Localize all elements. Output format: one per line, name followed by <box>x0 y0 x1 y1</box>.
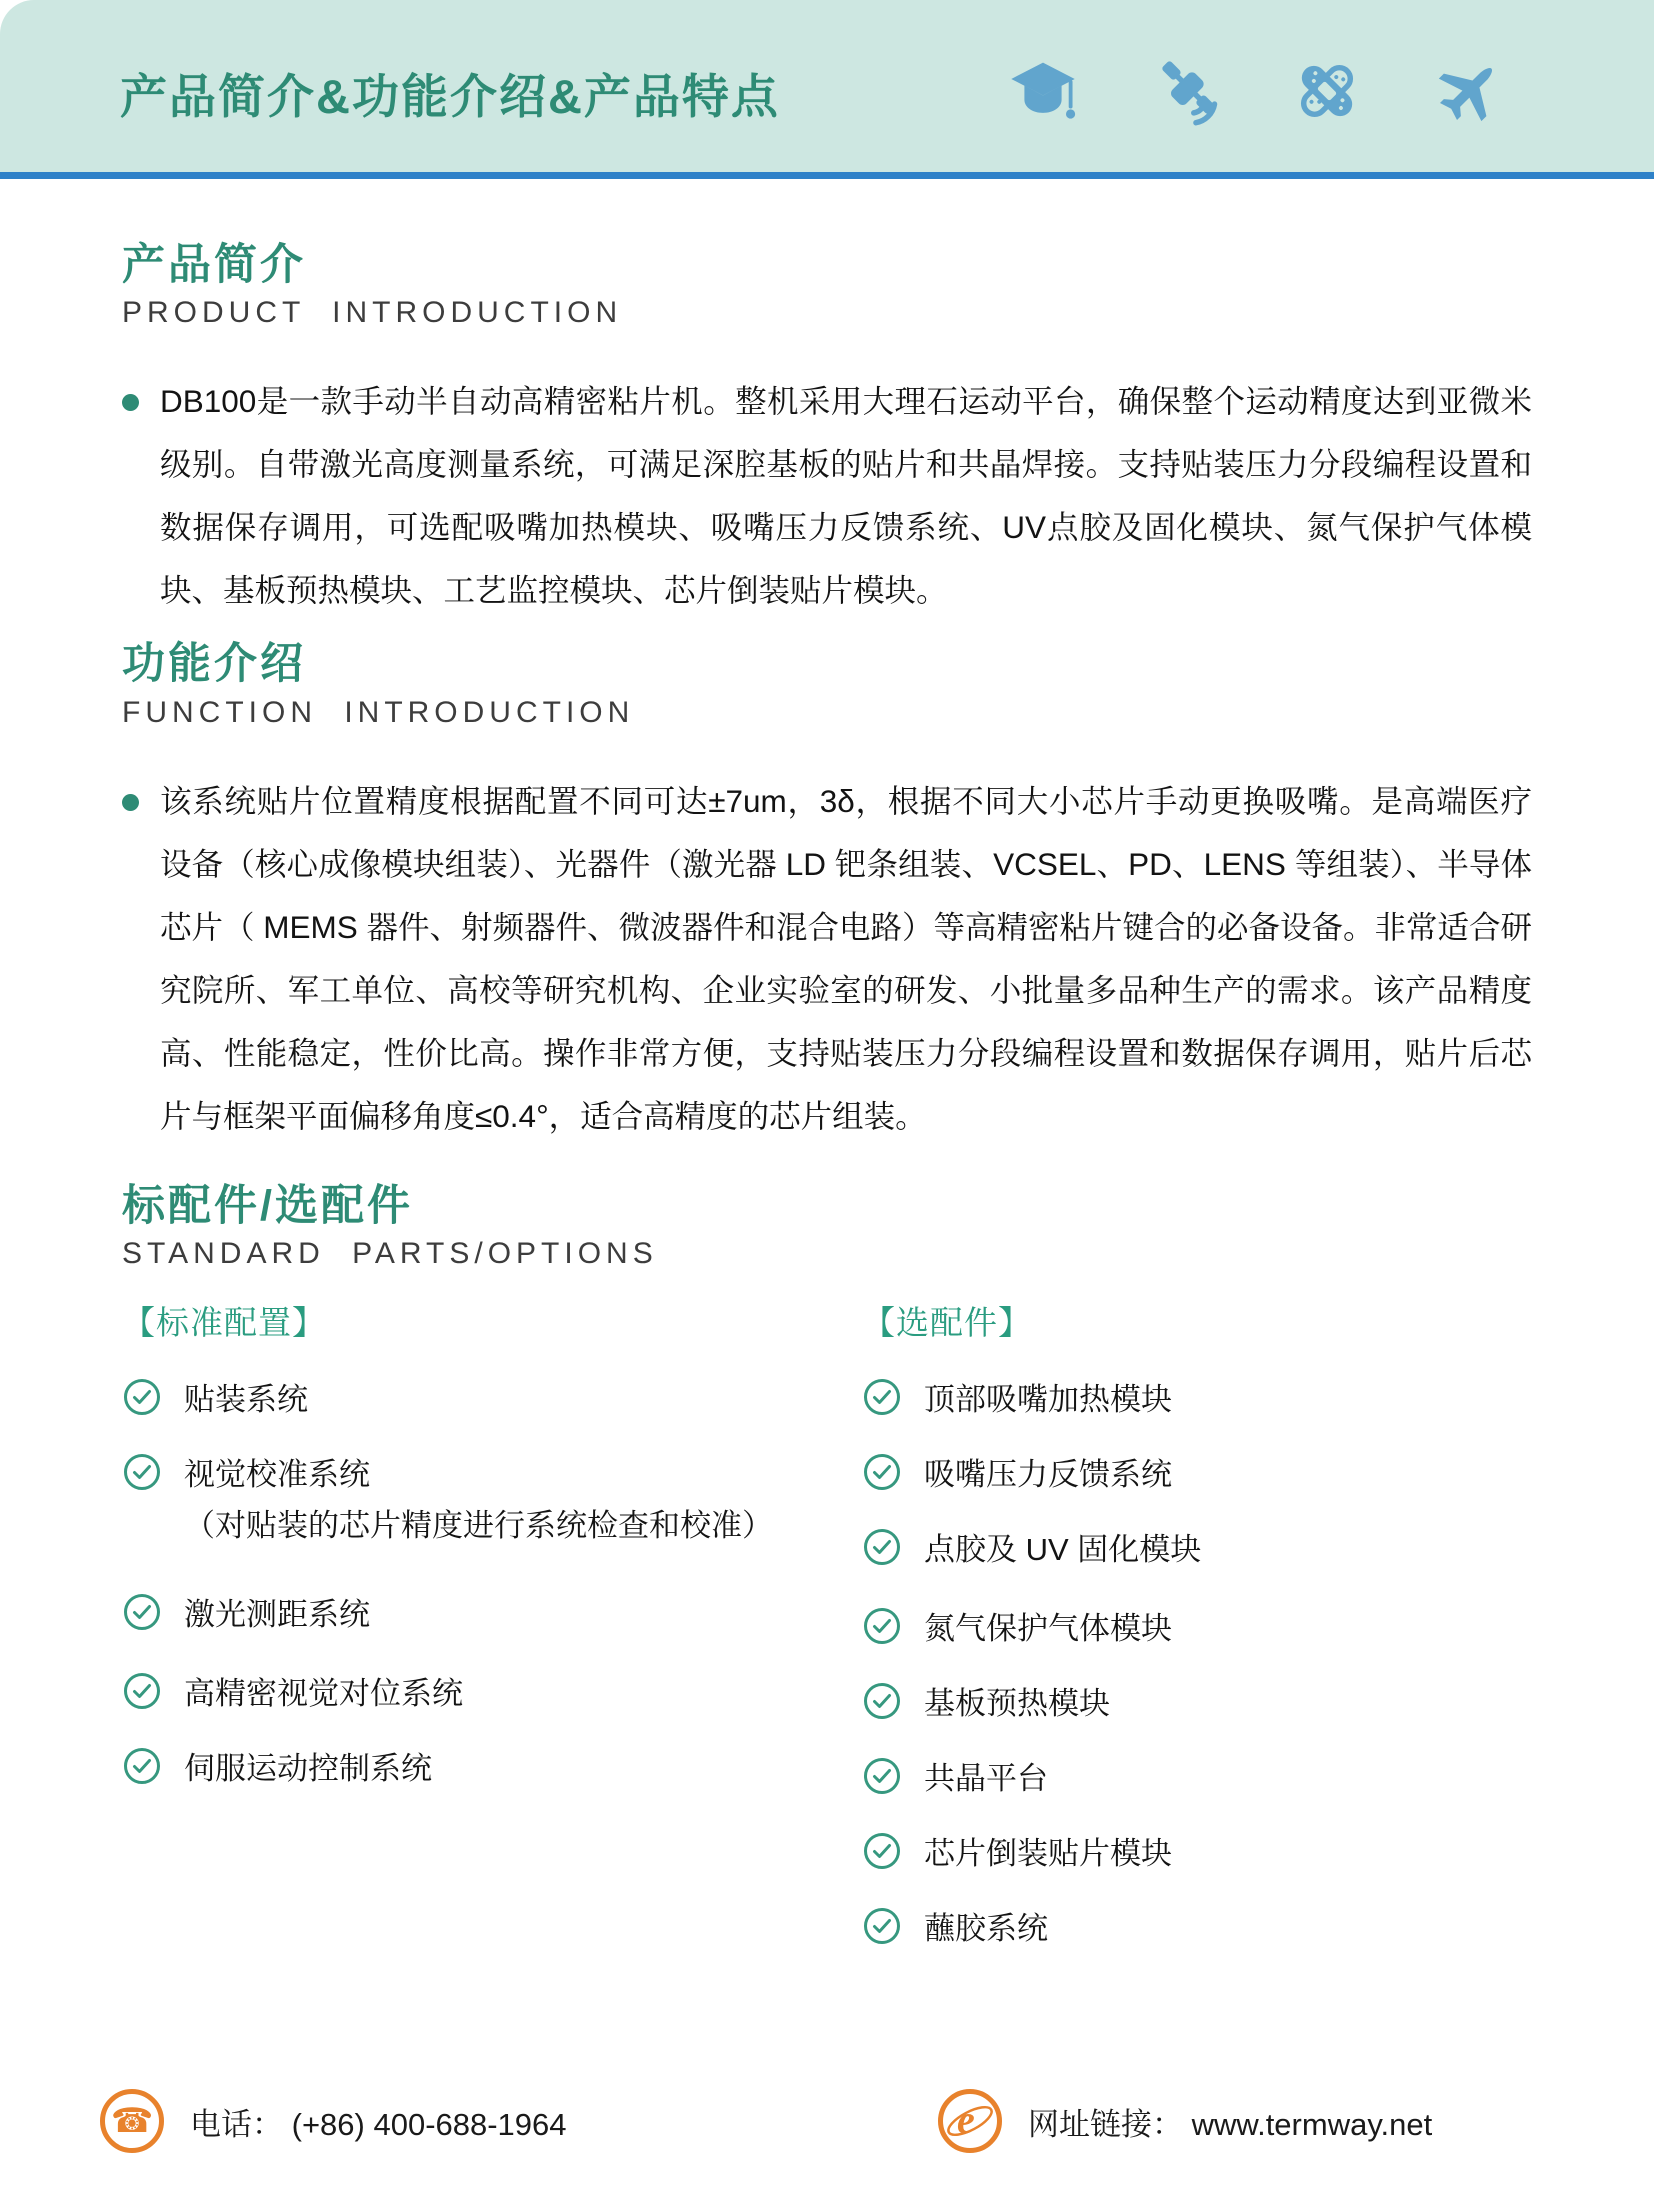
check-circle-icon <box>122 1377 162 1417</box>
list-item-label: 激光测距系统 <box>184 1589 370 1634</box>
header-divider <box>0 172 1654 179</box>
optional-parts-column: 【选配件】 顶部吸嘴加热模块 吸嘴压力反馈系统 <box>862 1297 1532 1948</box>
list-item-label: 点胶及 UV 固化模块 <box>924 1524 1201 1569</box>
page-title: 产品简介&功能介绍&产品特点 <box>120 46 780 127</box>
list-item-label: 芯片倒装贴片模块 <box>924 1828 1172 1873</box>
page-header: 产品简介&功能介绍&产品特点 <box>0 0 1654 172</box>
bandage-icon <box>1292 56 1362 126</box>
bullet-dot <box>122 770 160 1148</box>
page-content: 产品简介 PRODUCT INTRODUCTION DB100是一款手动半自动高… <box>0 241 1654 1948</box>
check-circle-icon <box>862 1831 902 1871</box>
section-title-en: PRODUCT INTRODUCTION <box>122 296 1532 330</box>
list-item: 贴装系统 <box>122 1374 862 1419</box>
website-label: 网址链接： <box>1028 2107 1183 2142</box>
list-item-label: 基板预热模块 <box>924 1678 1110 1723</box>
check-circle-icon <box>122 1671 162 1711</box>
section-title-zh: 标配件/选配件 <box>122 1182 1532 1231</box>
list-item-label: 高精密视觉对位系统 <box>184 1668 463 1713</box>
list-item-label: 共晶平台 <box>924 1753 1048 1798</box>
check-circle-icon <box>122 1746 162 1786</box>
list-item: 顶部吸嘴加热模块 <box>862 1374 1532 1419</box>
header-icon-row <box>1008 46 1504 126</box>
check-circle-icon <box>122 1452 162 1492</box>
footer-website: e 网址链接： www.termway.net <box>938 2089 1432 2153</box>
footer-phone: ☎ 电话： (+86) 400-688-1964 <box>100 2089 567 2153</box>
list-item-label: 氮气保护气体模块 <box>924 1603 1172 1648</box>
list-item-label: 视觉校准系统 <box>184 1449 370 1494</box>
list-item-note: （对贴装的芯片精度进行系统检查和校准） <box>184 1500 862 1545</box>
list-item-label: 吸嘴压力反馈系统 <box>924 1449 1172 1494</box>
list-item: 视觉校准系统 <box>122 1449 862 1494</box>
airplane-icon <box>1434 56 1504 126</box>
optional-parts-label: 【选配件】 <box>862 1297 1532 1344</box>
list-item: 伺服运动控制系统 <box>122 1743 862 1788</box>
check-circle-icon <box>862 1377 902 1417</box>
function-paragraph: 该系统贴片位置精度根据配置不同可达±7um，3δ，根据不同大小芯片手动更换吸嘴。… <box>160 770 1532 1148</box>
section-parts: 标配件/选配件 STANDARD PARTS/OPTIONS 【标准配置】 贴装… <box>122 1182 1532 1948</box>
satellite-icon <box>1150 56 1220 126</box>
check-circle-icon <box>862 1606 902 1646</box>
list-item: 点胶及 UV 固化模块 <box>862 1524 1532 1569</box>
check-circle-icon <box>862 1452 902 1492</box>
list-item: 基板预热模块 <box>862 1678 1532 1723</box>
list-item: 吸嘴压力反馈系统 <box>862 1449 1532 1494</box>
phone-label: 电话： <box>190 2107 283 2142</box>
section-title-en: FUNCTION INTRODUCTION <box>122 696 1532 730</box>
graduation-cap-icon <box>1008 56 1078 126</box>
list-item-label: 伺服运动控制系统 <box>184 1743 432 1788</box>
check-circle-icon <box>862 1906 902 1946</box>
list-item: 芯片倒装贴片模块 <box>862 1828 1532 1873</box>
website-url[interactable]: www.termway.net <box>1192 2107 1433 2142</box>
list-item-label: 贴装系统 <box>184 1374 308 1419</box>
check-circle-icon <box>122 1592 162 1632</box>
list-item-label: 顶部吸嘴加热模块 <box>924 1374 1172 1419</box>
standard-parts-column: 【标准配置】 贴装系统 视觉校准系统 <box>122 1297 862 1788</box>
brochure-page: 产品简介&功能介绍&产品特点 <box>0 0 1654 2205</box>
page-footer: ☎ 电话： (+86) 400-688-1964 e 网址链接： www.ter… <box>0 2089 1654 2159</box>
list-item-label: 蘸胶系统 <box>924 1903 1048 1948</box>
intro-paragraph: DB100是一款手动半自动高精密粘片机。整机采用大理石运动平台，确保整个运动精度… <box>160 370 1532 622</box>
section-product-intro: 产品简介 PRODUCT INTRODUCTION DB100是一款手动半自动高… <box>122 241 1532 622</box>
section-function-intro: 功能介绍 FUNCTION INTRODUCTION 该系统贴片位置精度根据配置… <box>122 640 1532 1147</box>
bullet-dot <box>122 370 160 622</box>
standard-parts-label: 【标准配置】 <box>122 1297 862 1344</box>
list-item: 蘸胶系统 <box>862 1903 1532 1948</box>
section-title-zh: 功能介绍 <box>122 640 1532 689</box>
list-item: 激光测距系统 <box>122 1589 862 1634</box>
phone-icon: ☎ <box>100 2089 164 2153</box>
list-item: 氮气保护气体模块 <box>862 1603 1532 1648</box>
phone-number: (+86) 400-688-1964 <box>292 2107 567 2142</box>
list-item: 共晶平台 <box>862 1753 1532 1798</box>
list-item: 高精密视觉对位系统 <box>122 1668 862 1713</box>
internet-e-icon: e <box>938 2089 1002 2153</box>
section-title-zh: 产品简介 <box>122 241 1532 290</box>
check-circle-icon <box>862 1756 902 1796</box>
section-title-en: STANDARD PARTS/OPTIONS <box>122 1237 1532 1271</box>
check-circle-icon <box>862 1527 902 1567</box>
check-circle-icon <box>862 1681 902 1721</box>
